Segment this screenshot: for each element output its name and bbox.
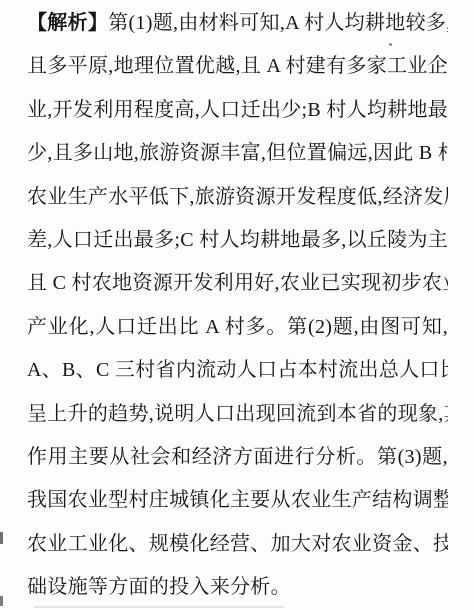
document-page: 【解析】第(1)题,由材料可知,A 村人均耕地较多, 且多平原,地理位置优越,且… <box>0 0 474 610</box>
scan-edge-mark <box>0 532 3 544</box>
analysis-label: 【解析】 <box>27 12 108 34</box>
text-line: 差,人口迁出最多;C 村人均耕地最多,以丘陵为主, <box>27 219 448 262</box>
text-line: 产业化,人口迁出比 A 村多。第(2)题,由图可知, <box>27 306 448 349</box>
text-line: 且多平原,地理位置优越,且 A 村建有多家工业企 <box>27 45 448 88</box>
text-line: 农业工业化、规模化经营、加大对农业资金、技术、基 <box>27 523 448 566</box>
text-line: 作用主要从社会和经济方面进行分析。第(3)题, <box>27 436 448 479</box>
scan-streak-artifact <box>34 606 284 608</box>
text-line: 且 C 村农地资源开发利用好,农业已实现初步农业 <box>27 262 448 305</box>
text-line: 业,开发利用程度高,人口迁出少;B 村人均耕地最 <box>27 89 448 132</box>
text-line: A、B、C 三村省内流动人口占本村流出总人口比重 <box>27 349 448 392</box>
text-line-content: 第(1)题,由材料可知,A 村人均耕地较多, <box>108 12 448 34</box>
text-line: 农业生产水平低下,旅游资源开发程度低,经济发展 <box>27 176 448 219</box>
text-line: 础设施等方面的投入来分析。 <box>27 566 448 609</box>
text-line: 【解析】第(1)题,由材料可知,A 村人均耕地较多, <box>27 2 448 45</box>
scan-edge-mark <box>0 596 3 606</box>
scan-dot-artifact <box>389 43 392 46</box>
text-line: 我国农业型村庄城镇化主要从农业生产结构调整、 <box>27 479 448 522</box>
text-line: 呈上升的趋势,说明人口出现回流到本省的现象,其 <box>27 393 448 436</box>
text-line: 少,且多山地,旅游资源丰富,但位置偏远,因此 B 村 <box>27 132 448 175</box>
